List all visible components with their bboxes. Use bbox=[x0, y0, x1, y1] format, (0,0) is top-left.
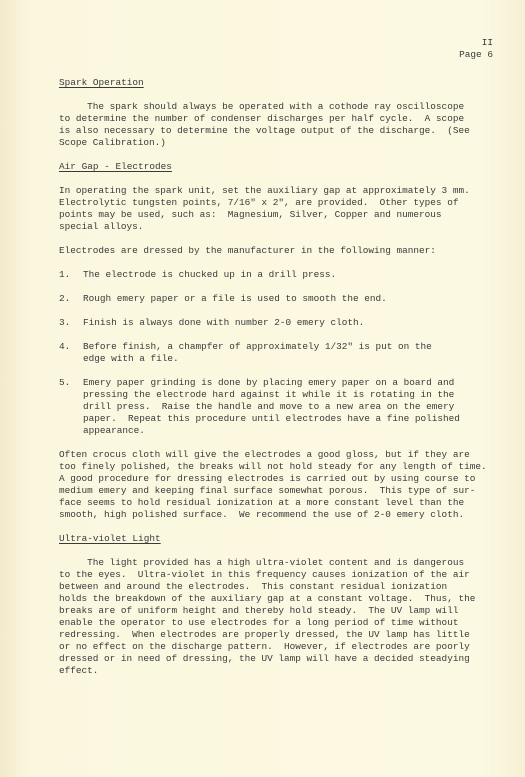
text-line: medium emery and keeping final surface s… bbox=[59, 485, 475, 497]
list-text: Before finish, a champfer of approximate… bbox=[83, 341, 432, 353]
list-text: drill press. Raise the handle and move t… bbox=[83, 401, 454, 413]
text-line: breaks are of uniform height and thereby… bbox=[59, 605, 458, 617]
heading-ultra-violet-light: Ultra-violet Light bbox=[59, 533, 161, 545]
text-line: to the eyes. Ultra-violet in this freque… bbox=[59, 569, 470, 581]
text-line: The spark should always be operated with… bbox=[59, 101, 464, 113]
list-text: The electrode is chucked up in a drill p… bbox=[83, 269, 336, 281]
text-line: between and around the electrodes. This … bbox=[59, 581, 447, 593]
text-line: Electrolytic tungsten points, 7/16" x 2"… bbox=[59, 197, 458, 209]
text-line: points may be used, such as: Magnesium, … bbox=[59, 209, 442, 221]
text-line: is also necessary to determine the volta… bbox=[59, 125, 470, 137]
list-text: Emery paper grinding is done by placing … bbox=[83, 377, 454, 389]
text-line: smooth, high polished surface. We recomm… bbox=[59, 509, 464, 521]
text-line: A good procedure for dressing electrodes… bbox=[59, 473, 475, 485]
text-line: special alloys. bbox=[59, 221, 143, 233]
text-line: Often crocus cloth will give the electro… bbox=[59, 449, 470, 461]
text-line: redressing. When electrodes are properly… bbox=[59, 629, 470, 641]
heading-air-gap-electrodes: Air Gap - Electrodes bbox=[59, 161, 172, 173]
text-line: or no effect on the discharge pattern. H… bbox=[59, 641, 470, 653]
list-number: 3. bbox=[59, 317, 70, 329]
list-text: appearance. bbox=[83, 425, 145, 437]
list-number: 1. bbox=[59, 269, 70, 281]
text-line: Scope Calibration.) bbox=[59, 137, 166, 149]
text-line: enable the operator to use electrodes fo… bbox=[59, 617, 458, 629]
text-line: dressed or in need of dressing, the UV l… bbox=[59, 653, 470, 665]
text-line: too finely polished, the breaks will not… bbox=[59, 461, 487, 473]
list-text: pressing the electrode hard against it w… bbox=[83, 389, 454, 401]
text-line: effect. bbox=[59, 665, 98, 677]
text-line: face seems to hold residual ionization a… bbox=[59, 497, 464, 509]
list-number: 5. bbox=[59, 377, 70, 389]
document-page: II Page 6 Spark Operation The spark shou… bbox=[0, 0, 525, 777]
list-intro: Electrodes are dressed by the manufactur… bbox=[59, 245, 436, 257]
text-line: The light provided has a high ultra-viol… bbox=[59, 557, 464, 569]
list-text: Rough emery paper or a file is used to s… bbox=[83, 293, 387, 305]
heading-spark-operation: Spark Operation bbox=[59, 77, 144, 89]
list-text: Finish is always done with number 2-0 em… bbox=[83, 317, 364, 329]
text-line: holds the breakdown of the auxiliary gap… bbox=[59, 593, 475, 605]
page-number: Page 6 bbox=[459, 49, 493, 61]
section-number: II bbox=[482, 37, 493, 49]
text-line: to determine the number of condenser dis… bbox=[59, 113, 464, 125]
list-number: 4. bbox=[59, 341, 70, 353]
list-text: paper. Repeat this procedure until elect… bbox=[83, 413, 460, 425]
text-line: In operating the spark unit, set the aux… bbox=[59, 185, 470, 197]
list-text: edge with a file. bbox=[83, 353, 179, 365]
list-number: 2. bbox=[59, 293, 70, 305]
